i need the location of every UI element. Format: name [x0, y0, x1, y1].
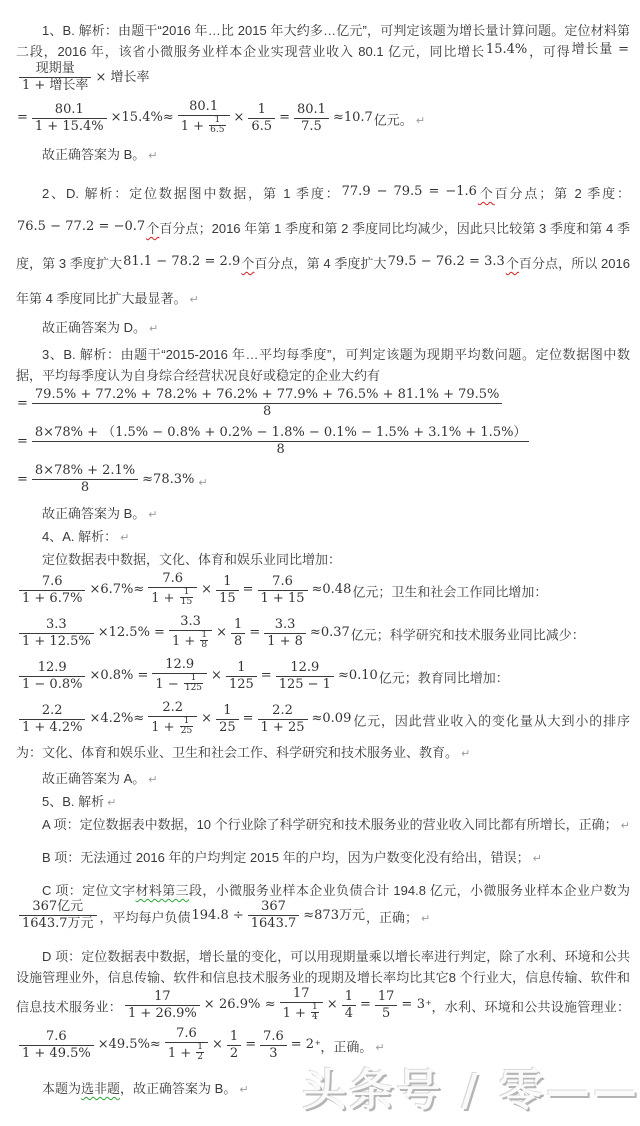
math-run: ×: [200, 711, 213, 726]
fraction: 12.91 − 0.8%: [19, 661, 85, 692]
math-run: =: [242, 582, 255, 597]
denominator: 1 + 115: [148, 588, 197, 608]
denominator: 1 + 14: [280, 1003, 323, 1023]
text-run: 故正确答案为 B。: [42, 506, 145, 521]
fraction: 8×78% + （1.5% − 0.8% + 0.2% − 1.8% − 0.1…: [32, 426, 530, 457]
return-mark: ↵: [461, 748, 470, 760]
denominator: 1 + 18: [169, 631, 212, 651]
wavy-red-underline-text: 个: [478, 186, 495, 201]
math-run: =: [16, 472, 29, 487]
math-run: 81.1 − 78.2 = 2.9: [122, 254, 241, 269]
fraction: 2.21 + 125: [148, 701, 197, 737]
math-run: ×: [211, 1037, 224, 1052]
text-run: ，故正确答案为 B。: [120, 1081, 236, 1096]
text-run: 1 +: [283, 1006, 310, 1021]
small-fraction: 14: [311, 1003, 319, 1022]
text-run: 1 +: [168, 1046, 195, 1061]
text-run: ，正确；: [366, 910, 418, 925]
formula-line: =8×78% + 2.1%8≈78.3%↵: [16, 465, 630, 500]
math-run: ≈0.09: [311, 711, 353, 726]
denominator: 1 + 8: [264, 634, 306, 649]
paragraph: 故正确答案为 A。↵: [16, 768, 630, 791]
math-run: ×49.5%≈: [97, 1037, 162, 1052]
numerator: 367亿元: [19, 900, 97, 916]
numerator: 80.1: [32, 103, 107, 119]
denominator: 15: [216, 591, 239, 606]
paragraph: 3、B. 解析：由题干“2015-2016 年…平均每季度”，可判定该题为现期平…: [16, 344, 630, 386]
text-run: 2、D. 解析：定位数据图中数据，第 1 季度：: [42, 186, 341, 201]
numerator: 1: [248, 103, 275, 119]
math-run: 194.8 ÷: [191, 908, 245, 923]
numerator: 1: [216, 575, 239, 591]
denominator: 7.5: [294, 119, 329, 134]
numerator: 12.9: [276, 661, 334, 677]
paragraph: 故正确答案为 B。↵: [16, 144, 630, 167]
math-run: ×0.8% =: [88, 668, 149, 683]
math-run: ≈0.37: [309, 625, 351, 640]
numerator: 3.3: [264, 618, 306, 634]
fraction: 175: [375, 990, 398, 1021]
numerator: 80.1: [294, 103, 329, 119]
denominator: 5: [375, 1006, 398, 1021]
math-run: 增长量 =: [571, 42, 630, 57]
text-run: 本题为: [42, 1081, 81, 1096]
fraction: 7.63: [260, 1030, 287, 1061]
return-mark: ↵: [148, 509, 157, 521]
paragraph: 5、B. 解析↵: [16, 791, 630, 814]
paragraph: 故正确答案为 D。↵: [16, 317, 630, 340]
math-run: ×12.5% =: [97, 625, 166, 640]
fraction: 7.61 + 12: [165, 1027, 208, 1063]
small-fraction: 18: [200, 631, 208, 650]
denominator: 8: [200, 641, 208, 650]
numerator: 17: [280, 987, 323, 1003]
wavy-red-underline-text: 个: [146, 221, 159, 236]
fraction: 3.31 + 18: [169, 615, 212, 651]
denominator: 3: [260, 1046, 287, 1061]
math-run: ×15.4%≈: [110, 110, 175, 125]
fraction: 14: [342, 990, 356, 1021]
paragraph: B 项：无法通过 2016 年的户均判定 2015 年的户均，因为户数变化没有给…: [16, 847, 630, 870]
text-run: 亿元；科学研究和技术服务业同比减少：: [351, 627, 585, 642]
fraction: 115: [216, 575, 239, 606]
text-run: 1 +: [151, 591, 178, 606]
fraction: 3671643.7: [248, 900, 300, 931]
return-mark: ↵: [533, 853, 542, 865]
denominator: 1 + 49.5%: [19, 1046, 94, 1061]
math-run: 77.9 − 79.5 = −1.6: [341, 184, 478, 199]
denominator: 1 + 26.9%: [125, 1006, 200, 1021]
denominator: 1 + 12: [165, 1043, 208, 1063]
text-run: 段，小微服务业样本企业负债合计 194.8 亿元，小微服务业样本企业户数为: [189, 883, 630, 898]
wavy-red-underline-text: 个: [241, 256, 254, 271]
math-run: × 26.9% ≈: [203, 997, 277, 1012]
numerator: 8×78% + 2.1%: [32, 464, 138, 480]
math-run: ×: [200, 582, 213, 597]
denominator: 1 + 25: [258, 720, 308, 735]
document-content: 1、B. 解析：由题干“2016 年…比 2015 年大约多…亿元”，可判定该题…: [0, 0, 640, 1101]
text-run: B 项：无法通过 2016 年的户均判定 2015 年的户均，因为户数变化没有给…: [42, 850, 530, 865]
numerator: 8×78% + （1.5% − 0.8% + 0.2% − 1.8% − 0.1…: [32, 426, 530, 442]
math-run: =: [16, 434, 29, 449]
math-run: = 3: [400, 997, 426, 1012]
fraction: 2.21 + 25: [258, 704, 308, 735]
fraction: 79.5% + 77.2% + 78.2% + 76.2% + 77.9% + …: [32, 388, 502, 419]
small-fraction: 16.5: [209, 116, 225, 135]
denominator: 6.5: [248, 119, 275, 134]
fraction: 16.5: [248, 103, 275, 134]
math-run: =: [278, 110, 291, 125]
return-mark: ↵: [421, 913, 430, 925]
denominator: 4: [311, 1013, 319, 1022]
wavy-green-underline-text: 材料第三: [136, 883, 189, 898]
numerator: 12.9: [19, 661, 85, 677]
math-run: =: [260, 668, 273, 683]
fraction: 80.11 + 16.5: [178, 100, 230, 136]
text-run: 百分点；第 2 季度：: [495, 186, 630, 201]
fraction: 2.21 + 4.2%: [19, 704, 85, 735]
paragraph: 1、B. 解析：由题干“2016 年…比 2015 年大约多…亿元”，可判定该题…: [16, 20, 630, 98]
fraction: 171 + 26.9%: [125, 990, 200, 1021]
small-fraction: 115: [180, 588, 193, 607]
fraction: 7.61 + 15: [258, 575, 308, 606]
denominator: 1 − 0.8%: [19, 677, 85, 692]
numerator: 1: [216, 704, 239, 720]
return-mark: ↵: [107, 797, 116, 809]
denominator: 8: [32, 404, 502, 419]
fraction: 80.17.5: [294, 103, 329, 134]
math-run: =: [16, 110, 29, 125]
numerator: 7.6: [19, 1030, 94, 1046]
math-run: ×: [210, 668, 223, 683]
denominator: 1 + 12.5%: [19, 634, 94, 649]
denominator: 4: [342, 1006, 356, 1021]
denominator: 15: [180, 598, 193, 607]
return-mark: ↵: [120, 532, 129, 544]
denominator: 2: [196, 1053, 204, 1062]
numerator: 17: [125, 990, 200, 1006]
formula-line: =8×78% + （1.5% − 0.8% + 0.2% − 1.8% − 0.…: [16, 427, 630, 462]
paragraph: 4、A. 解析：↵: [16, 526, 630, 549]
formula-line: 12.91 − 0.8%×0.8% =12.91 − 1125×1125=12.…: [16, 659, 630, 699]
small-fraction: 12: [196, 1043, 204, 1062]
numerator: 2.2: [148, 701, 197, 717]
paragraph: D 项：定位数据表中数据，增长量的变化，可以用现期量乘以增长率进行判定，除了水利…: [16, 946, 630, 1068]
math-run: 79.5 − 76.2 = 3.3: [387, 254, 506, 269]
numerator: 3.3: [169, 615, 212, 631]
math-run: =: [242, 711, 255, 726]
denominator: 1 + 16.5: [178, 116, 230, 136]
math-run: ≈78.3%: [141, 472, 195, 487]
numerator: 7.6: [148, 572, 197, 588]
math-run: 15.4%: [485, 42, 528, 57]
denominator: 1 + 4.2%: [19, 720, 85, 735]
numerator: 7.6: [19, 575, 85, 591]
denominator: 1 + 15.4%: [32, 119, 107, 134]
text-run: 定位数据表中数据，文化、体育和娱乐业同比增加：: [42, 552, 341, 567]
text-run: 1 +: [172, 634, 199, 649]
paragraph: 定位数据表中数据，文化、体育和娱乐业同比增加：: [16, 549, 630, 570]
math-run: =: [248, 625, 261, 640]
denominator: 125 − 1: [276, 677, 334, 692]
fraction: 1125: [226, 661, 257, 692]
numerator: 1: [226, 661, 257, 677]
paragraph: A 项：定位数据表中数据，10 个行业除了科学研究和技术服务业的营业收入同比都有…: [16, 814, 630, 837]
denominator: 125: [226, 677, 257, 692]
return-mark: ↵: [189, 294, 198, 306]
fraction: 80.11 + 15.4%: [32, 103, 107, 134]
text-run: 故正确答案为 B。: [42, 147, 145, 162]
return-mark: ↵: [239, 1084, 248, 1096]
math-run: ≈10.7: [332, 110, 374, 125]
formula-line: =79.5% + 77.2% + 78.2% + 76.2% + 77.9% +…: [16, 389, 630, 424]
fraction: 现期量1 + 增长率: [19, 62, 91, 93]
text-run: A 项：定位数据表中数据，10 个行业除了科学研究和技术服务业的营业收入同比都有…: [42, 817, 618, 832]
return-mark: ↵: [149, 323, 158, 335]
denominator: 6.5: [209, 126, 225, 135]
math-run: ×4.2%≈: [88, 711, 145, 726]
denominator: 1 + 增长率: [19, 78, 91, 93]
numerator: 现期量: [19, 62, 91, 78]
fraction: 12: [227, 1030, 241, 1061]
small-fraction: 125: [180, 717, 193, 736]
numerator: 7.6: [258, 575, 308, 591]
math-run: ×: [326, 997, 339, 1012]
numerator: 367: [248, 900, 300, 916]
wavy-green-underline-text: 选非题: [81, 1081, 120, 1096]
numerator: 80.1: [178, 100, 230, 116]
numerator: 12.9: [152, 658, 207, 674]
math-run: × 增长率: [94, 70, 150, 85]
wavy-red-underline-text: 个: [506, 256, 519, 271]
math-run: ×: [233, 110, 246, 125]
denominator: 8: [231, 634, 245, 649]
denominator: 8: [32, 480, 138, 495]
small-fraction: 1125: [184, 674, 203, 693]
numerator: 1: [231, 618, 245, 634]
denominator: 1 − 1125: [152, 674, 207, 694]
denominator: 1 + 15: [258, 591, 308, 606]
numerator: 2.2: [258, 704, 308, 720]
text-run: ，水利、环境和公共设施管理业：: [431, 999, 630, 1014]
numerator: 2.2: [19, 704, 85, 720]
denominator: 25: [180, 727, 193, 736]
fraction: 8×78% + 2.1%8: [32, 464, 138, 495]
paragraph: 2、D. 解析：定位数据图中数据，第 1 季度：77.9 − 79.5 = −1…: [16, 177, 630, 317]
formula-line: =80.11 + 15.4%×15.4%≈80.11 + 16.5×16.5=8…: [16, 101, 630, 141]
return-mark: ↵: [148, 774, 157, 786]
denominator: 1643.7: [248, 916, 300, 931]
math-run: =: [16, 396, 29, 411]
denominator: 1 + 6.7%: [19, 591, 85, 606]
return-mark: ↵: [416, 115, 425, 127]
paragraph: 本题为选非题，故正确答案为 B。↵: [16, 1078, 630, 1101]
math-run: ≈0.10: [337, 668, 379, 683]
math-run: = 2: [290, 1037, 315, 1052]
fraction: 18: [231, 618, 245, 649]
denominator: 125: [184, 684, 203, 693]
text-run: 亿元；教育同比增加：: [379, 670, 509, 685]
paragraph: 故正确答案为 B。↵: [16, 503, 630, 526]
numerator: 3.3: [19, 618, 94, 634]
text-run: 4、A. 解析：: [42, 529, 117, 544]
formula-line: 3.31 + 12.5%×12.5% =3.31 + 18×18=3.31 + …: [16, 616, 630, 656]
numerator: 7.6: [260, 1030, 287, 1046]
formula-line: 2.21 + 4.2%×4.2%≈2.21 + 125×125=2.21 + 2…: [16, 702, 630, 765]
text-run: 故正确答案为 A。: [42, 771, 145, 786]
numerator: 17: [375, 990, 398, 1006]
fraction: 367亿元1643.7万元: [19, 900, 97, 931]
math-run: 76.5 − 77.2 = −0.7: [16, 219, 146, 234]
formula-line: 7.61 + 6.7%×6.7%≈7.61 + 115×115=7.61 + 1…: [16, 573, 630, 613]
text-run: ，平均每户负债: [100, 910, 191, 925]
denominator: 25: [216, 720, 239, 735]
return-mark: ↵: [148, 150, 157, 162]
fraction: 171 + 14: [280, 987, 323, 1023]
fraction: 7.61 + 6.7%: [19, 575, 85, 606]
text-run: ，正确。: [320, 1039, 372, 1054]
math-run: =: [359, 997, 372, 1012]
numerator: 79.5% + 77.2% + 78.2% + 76.2% + 77.9% + …: [32, 388, 502, 404]
numerator: 1: [342, 990, 356, 1006]
denominator: 1643.7万元: [19, 916, 97, 931]
denominator: 2: [227, 1046, 241, 1061]
math-run: =: [244, 1037, 257, 1052]
text-run: C 项：定位文字: [42, 883, 136, 898]
text-run: 1 +: [151, 720, 178, 735]
return-mark: ↵: [621, 820, 630, 832]
text-run: 1 −: [155, 677, 182, 692]
return-mark: ↵: [198, 477, 207, 489]
numerator: 1: [227, 1030, 241, 1046]
text-run: 3、B. 解析：由题干“2015-2016 年…平均每季度”，可判定该题为现期平…: [16, 347, 630, 383]
fraction: 125: [216, 704, 239, 735]
fraction: 7.61 + 49.5%: [19, 1030, 94, 1061]
denominator: 8: [32, 442, 530, 457]
text-run: 亿元；卫生和社会工作同比增加：: [352, 584, 547, 599]
math-run: ×6.7%≈: [88, 582, 145, 597]
text-run: ，可得: [528, 44, 570, 59]
return-mark: ↵: [375, 1042, 384, 1054]
fraction: 7.61 + 115: [148, 572, 197, 608]
numerator: 7.6: [165, 1027, 208, 1043]
fraction: 3.31 + 8: [264, 618, 306, 649]
text-run: 故正确答案为 D。: [42, 320, 146, 335]
math-run: ×: [215, 625, 228, 640]
text-run: 1 +: [181, 119, 208, 134]
text-run: 亿元。: [374, 112, 413, 127]
text-run: 百分点，第 4 季度扩大: [254, 256, 386, 271]
fraction: 3.31 + 12.5%: [19, 618, 94, 649]
fraction: 12.91 − 1125: [152, 658, 207, 694]
math-run: ≈873万元: [302, 908, 366, 923]
text-run: 5、B. 解析: [42, 794, 104, 809]
denominator: 1 + 125: [148, 717, 197, 737]
paragraph: C 项：定位文字材料第三段，小微服务业样本企业负债合计 194.8 亿元，小微服…: [16, 880, 630, 936]
fraction: 12.9125 − 1: [276, 661, 334, 692]
math-run: ≈0.48: [311, 582, 353, 597]
